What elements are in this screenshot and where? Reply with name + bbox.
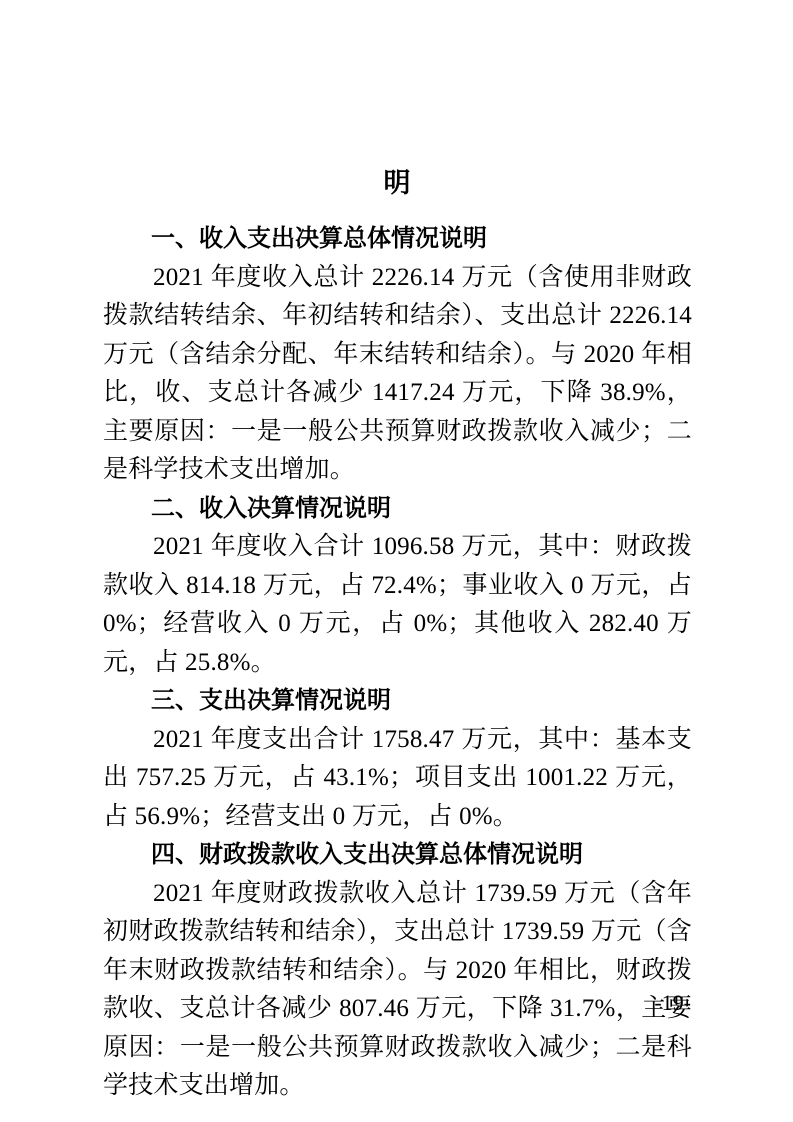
section-income-expenditure-overview: 一、收入支出决算总体情况说明 2021 年度收入总计 2226.14 万元（含使… (103, 220, 692, 490)
section-3-paragraph: 2021 年度支出合计 1758.47 万元，其中：基本支出 757.25 万元… (103, 721, 692, 837)
section-3-heading: 三、支出决算情况说明 (103, 682, 692, 721)
document-page: 明 一、收入支出决算总体情况说明 2021 年度收入总计 2226.14 万元（… (0, 0, 793, 1122)
page-title: 明 (103, 164, 692, 202)
section-expenditure-statement: 三、支出决算情况说明 2021 年度支出合计 1758.47 万元，其中：基本支… (103, 682, 692, 836)
section-2-heading: 二、收入决算情况说明 (103, 490, 692, 529)
section-1-heading: 一、收入支出决算总体情况说明 (103, 220, 692, 259)
document-content: 明 一、收入支出决算总体情况说明 2021 年度收入总计 2226.14 万元（… (103, 164, 692, 1106)
section-fiscal-appropriation-overview: 四、财政拨款收入支出决算总体情况说明 2021 年度财政拨款收入总计 1739.… (103, 836, 692, 1106)
section-2-paragraph: 2021 年度收入合计 1096.58 万元，其中：财政拨款收入 814.18 … (103, 528, 692, 682)
page-number: -19- (654, 990, 691, 1016)
section-income-statement: 二、收入决算情况说明 2021 年度收入合计 1096.58 万元，其中：财政拨… (103, 490, 692, 683)
section-4-paragraph: 2021 年度财政拨款收入总计 1739.59 万元（含年初财政拨款结转和结余）… (103, 875, 692, 1106)
section-1-paragraph: 2021 年度收入总计 2226.14 万元（含使用非财政拨款结转结余、年初结转… (103, 259, 692, 490)
section-4-heading: 四、财政拨款收入支出决算总体情况说明 (103, 836, 692, 875)
